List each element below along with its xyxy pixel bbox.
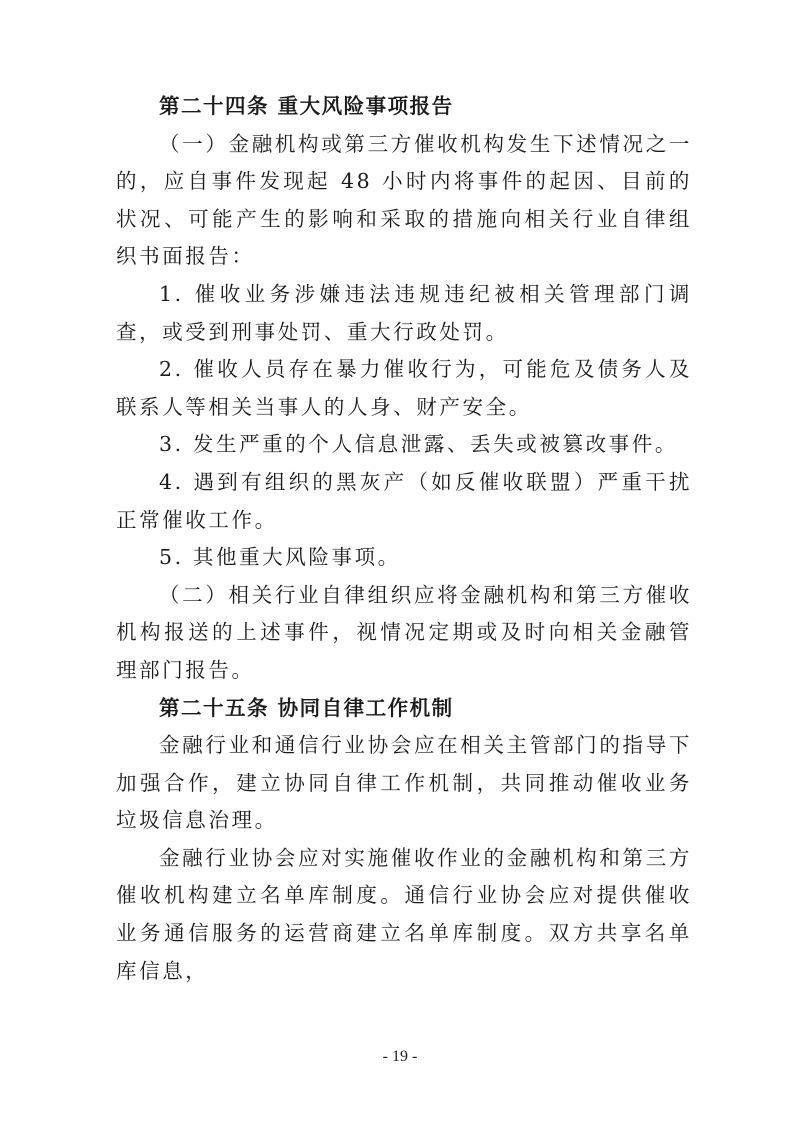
list-item-5: 5. 其他重大风险事项。 (116, 539, 692, 577)
paragraph-3: 金融行业和通信行业协会应在相关主管部门的指导下加强合作，建立协同自律工作机制，共… (116, 727, 692, 840)
paragraph-2: （二）相关行业自律组织应将金融机构和第三方催收机构报送的上述事件，视情况定期或及… (116, 577, 692, 690)
list-item-3: 3. 发生严重的个人信息泄露、丢失或被篡改事件。 (116, 426, 692, 464)
page-number: - 19 - (0, 1048, 800, 1066)
document-page: 第二十四条 重大风险事项报告 （一）金融机构或第三方催收机构发生下述情况之一的，… (0, 0, 800, 1132)
paragraph-1: （一）金融机构或第三方催收机构发生下述情况之一的，应自事件发现起 48 小时内将… (116, 126, 692, 276)
list-item-1: 1. 催收业务涉嫌违法违规违纪被相关管理部门调查，或受到刑事处罚、重大行政处罚。 (116, 276, 692, 351)
document-body: 第二十四条 重大风险事项报告 （一）金融机构或第三方催收机构发生下述情况之一的，… (116, 88, 692, 990)
paragraph-4: 金融行业协会应对实施催收作业的金融机构和第三方催收机构建立名单库制度。通信行业协… (116, 840, 692, 990)
list-item-4: 4. 遇到有组织的黑灰产（如反催收联盟）严重干扰正常催收工作。 (116, 464, 692, 539)
list-item-2: 2. 催收人员存在暴力催收行为，可能危及债务人及联系人等相关当事人的人身、财产安… (116, 351, 692, 426)
article-25-heading: 第二十五条 协同自律工作机制 (116, 690, 692, 728)
article-24-heading: 第二十四条 重大风险事项报告 (116, 88, 692, 126)
